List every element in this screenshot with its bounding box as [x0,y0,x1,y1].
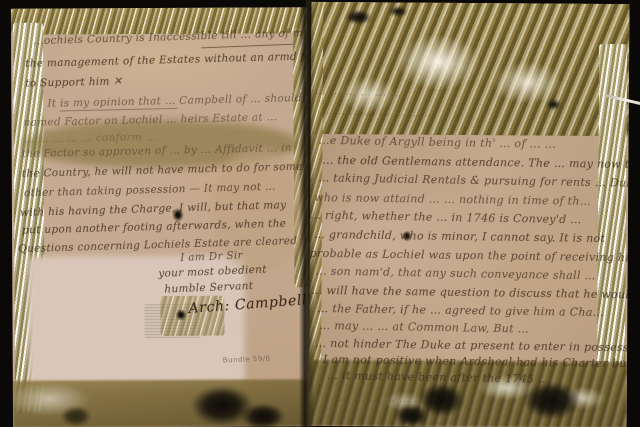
manuscript-line: …e Duke of Argyll being in th' … of … … [318,135,556,150]
manuscript-line: … … … … … … … … [319,105,436,119]
manuscript-line: probable as Lochiel was upon the point o… [310,248,630,264]
manuscript-line: … … … … … conform … [23,132,156,145]
manuscript-line: … … … … … … [315,85,402,98]
closing-line: I am Dr Sir [180,250,243,263]
closing-line: your most obedient [158,265,267,280]
manuscript-line: … may … … at Common Law, But … [319,320,529,335]
manuscript-line: … grandchild, who is minor, I cannot say… [314,229,605,244]
manuscript-line: the management of the Estates without an… [25,51,309,69]
manuscript-line: … … … … … … [339,392,426,405]
dark-stain [523,381,581,419]
dark-stain [345,10,371,24]
manuscript-line: … not hinder The Duke at present to ente… [315,338,629,354]
right-page: … … … … … … … … … … … … … … …e Duke of A… [309,2,630,427]
manuscript-line: … son nam'd, that any such conveyance sh… [316,265,596,281]
photograph-of-manuscript: …ochiels Country is Inaccessible till … … [0,0,640,427]
dark-stain [389,6,407,16]
manuscript-line: who is now attaind … … nothing in time o… [314,192,591,207]
manuscript-line: … the old Gentlemans attendance. The … m… [322,155,629,172]
ink-underline [201,44,293,49]
manuscript-line: … right, whether the … in 1746 is Convey… [310,209,582,225]
page-fold-gap [299,0,315,427]
left-page: …ochiels Country is Inaccessible till … … [11,7,309,427]
dark-stain [61,406,91,426]
ink-blot [175,309,186,321]
manuscript-line: … the Father, if he … agreed to give him… [317,303,604,318]
dark-stain [395,404,429,426]
manuscript-line: … will have the same question to discuss… [311,285,629,301]
dark-stain [241,403,285,427]
dark-stain [547,100,561,110]
archive-bundle-stamp: Bundle 59/8 [223,355,271,365]
manuscript-line: It is my opinion that … Campbell of … sh… [47,93,302,109]
manuscript-line: … taking Judicial Rentals & pursuing for… [318,172,629,189]
manuscript-line: to Support him ✕ [25,76,122,89]
